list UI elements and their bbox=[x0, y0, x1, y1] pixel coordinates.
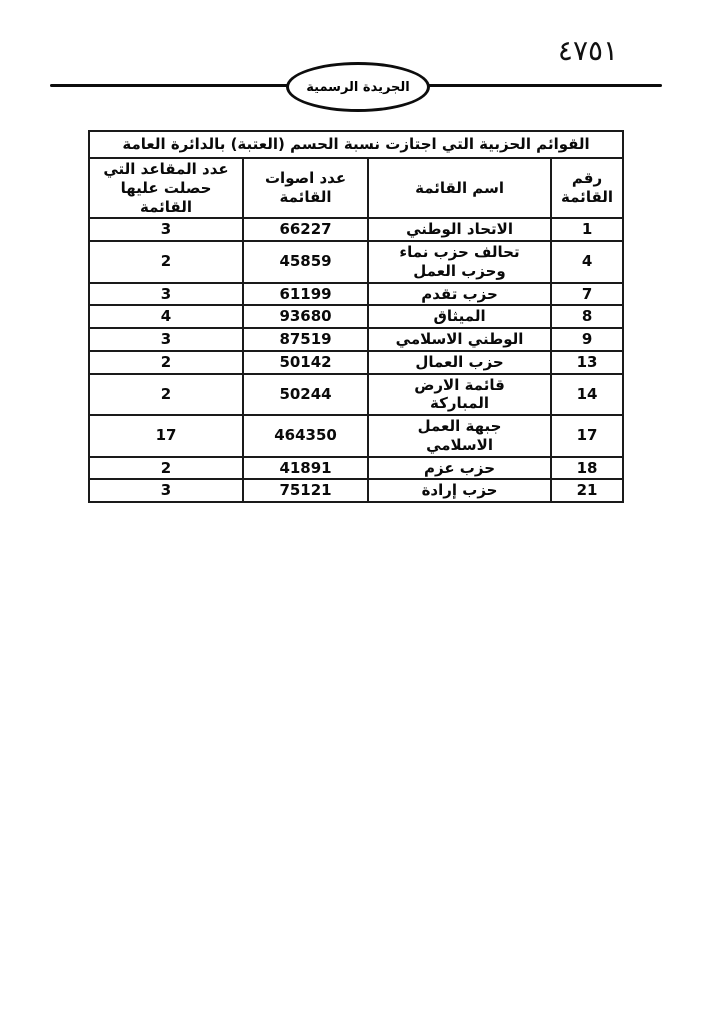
table-row: 8الميثاق936804 bbox=[89, 305, 623, 328]
cell-list-name: الوطني الاسلامي bbox=[368, 328, 551, 351]
cell-votes: 93680 bbox=[243, 305, 368, 328]
results-table: القوائم الحزبية التي اجتازت نسبة الحسم (… bbox=[88, 130, 624, 503]
cell-votes: 45859 bbox=[243, 241, 368, 283]
cell-votes: 75121 bbox=[243, 479, 368, 502]
cell-seats: 2 bbox=[89, 351, 243, 374]
page-number: ٤٧٥١ bbox=[538, 34, 638, 67]
cell-votes: 87519 bbox=[243, 328, 368, 351]
cell-list-name: تحالف حزب نماء وحزب العمل bbox=[368, 241, 551, 283]
cell-list-number: 18 bbox=[551, 457, 623, 480]
cell-votes: 50244 bbox=[243, 374, 368, 416]
table-row: 7حزب تقدم611993 bbox=[89, 283, 623, 306]
table-row: 13حزب العمال501422 bbox=[89, 351, 623, 374]
cell-seats: 2 bbox=[89, 374, 243, 416]
cell-list-name: حزب إرادة bbox=[368, 479, 551, 502]
cell-list-number: 17 bbox=[551, 415, 623, 457]
cell-seats: 4 bbox=[89, 305, 243, 328]
gazette-page: ٤٧٥١ الجريدة الرسمية القوائم الحزبية الت… bbox=[0, 0, 724, 1024]
cell-seats: 17 bbox=[89, 415, 243, 457]
cell-list-number: 14 bbox=[551, 374, 623, 416]
table-header-row: رقم القائمة اسم القائمة عدد اصوات القائم… bbox=[89, 158, 623, 218]
cell-list-name: الاتحاد الوطني bbox=[368, 218, 551, 241]
cell-seats: 2 bbox=[89, 457, 243, 480]
table-row: 1الاتحاد الوطني662273 bbox=[89, 218, 623, 241]
cell-votes: 50142 bbox=[243, 351, 368, 374]
cell-list-name: حزب تقدم bbox=[368, 283, 551, 306]
column-header-seats: عدد المقاعد التي حصلت عليها القائمة bbox=[89, 158, 243, 218]
table-row: 17جبهة العمل الاسلامي46435017 bbox=[89, 415, 623, 457]
cell-list-name: قائمة الارض المباركة bbox=[368, 374, 551, 416]
table-row: 21حزب إرادة751213 bbox=[89, 479, 623, 502]
gazette-seal-label: الجريدة الرسمية bbox=[306, 80, 410, 95]
cell-votes: 66227 bbox=[243, 218, 368, 241]
cell-votes: 41891 bbox=[243, 457, 368, 480]
cell-list-number: 8 bbox=[551, 305, 623, 328]
cell-list-name: حزب العمال bbox=[368, 351, 551, 374]
cell-votes: 61199 bbox=[243, 283, 368, 306]
cell-list-number: 21 bbox=[551, 479, 623, 502]
cell-seats: 3 bbox=[89, 218, 243, 241]
table-row: 14قائمة الارض المباركة502442 bbox=[89, 374, 623, 416]
table-title: القوائم الحزبية التي اجتازت نسبة الحسم (… bbox=[89, 131, 623, 158]
cell-votes: 464350 bbox=[243, 415, 368, 457]
cell-list-name: جبهة العمل الاسلامي bbox=[368, 415, 551, 457]
table-body: 1الاتحاد الوطني6622734تحالف حزب نماء وحز… bbox=[89, 218, 623, 502]
cell-seats: 2 bbox=[89, 241, 243, 283]
table-row: 18حزب عزم418912 bbox=[89, 457, 623, 480]
cell-seats: 3 bbox=[89, 479, 243, 502]
table-row: 4تحالف حزب نماء وحزب العمل458592 bbox=[89, 241, 623, 283]
cell-seats: 3 bbox=[89, 283, 243, 306]
cell-list-name: حزب عزم bbox=[368, 457, 551, 480]
column-header-list-name: اسم القائمة bbox=[368, 158, 551, 218]
column-header-list-number: رقم القائمة bbox=[551, 158, 623, 218]
column-header-votes: عدد اصوات القائمة bbox=[243, 158, 368, 218]
cell-list-number: 4 bbox=[551, 241, 623, 283]
gazette-seal: الجريدة الرسمية bbox=[286, 62, 430, 112]
cell-list-number: 13 bbox=[551, 351, 623, 374]
cell-list-number: 9 bbox=[551, 328, 623, 351]
cell-list-number: 7 bbox=[551, 283, 623, 306]
cell-seats: 3 bbox=[89, 328, 243, 351]
cell-list-name: الميثاق bbox=[368, 305, 551, 328]
table-row: 9الوطني الاسلامي875193 bbox=[89, 328, 623, 351]
cell-list-number: 1 bbox=[551, 218, 623, 241]
table-title-row: القوائم الحزبية التي اجتازت نسبة الحسم (… bbox=[89, 131, 623, 158]
